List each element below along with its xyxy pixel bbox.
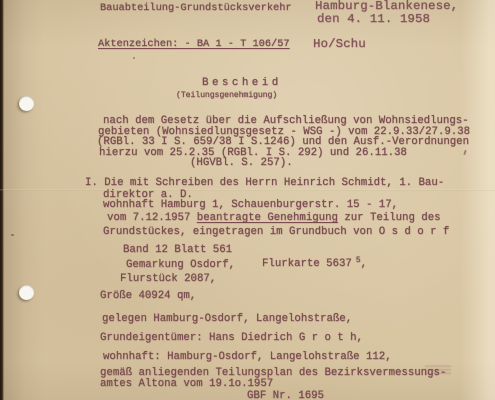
property-flurkarte: Flurkarte 56375, <box>262 259 367 271</box>
property-flurstueck: Flurstück 2087, <box>120 274 216 286</box>
faint-stamp-mark <box>425 364 451 374</box>
gbf-number: GBF Nr. 1695 <box>247 391 324 400</box>
flurkarte-superscript: 5 <box>356 256 361 265</box>
teilungsplan-line: amtes Altona vom 19.1o.1957 <box>100 379 273 391</box>
request-date-text: vom 7.12.1957 <box>107 212 197 224</box>
scanned-document-page: Bauabteilung-Grundstücksverkehr Hamburg-… <box>0 0 495 400</box>
property-owner-address: wohnhaft: Hamburg-Osdorf, Langelohstraße… <box>103 352 392 364</box>
property-gemarkung: Gemarkung Osdorf, <box>126 260 235 272</box>
letterhead-date: den 4. 11. 1958 <box>317 13 430 26</box>
letterhead-department: Bauabteilung-Grundstücksverkehr <box>100 3 292 14</box>
item-one-request: vom 7.12.1957 beantragte Genehmigung zur… <box>107 213 441 225</box>
request-tail-text: zur Teilung des <box>338 212 441 224</box>
item-one-grundbuch: Grundstückes, eingetragen im Grundbuch v… <box>103 227 449 239</box>
property-band-blatt: Band 12 Blatt 561 <box>123 245 232 257</box>
flurkarte-text: Flurkarte 5637 <box>262 258 352 270</box>
item-one-applicant: I. Die mit Schreiben des Herrn Heinrich … <box>85 178 444 190</box>
punch-hole-bottom <box>19 285 34 300</box>
legal-basis-line: (HGVBl. S. 257). <box>190 158 293 170</box>
scan-left-edge <box>0 0 4 400</box>
ink-speck <box>463 150 466 155</box>
flurkarte-comma: , <box>361 258 367 270</box>
clerk-initials: Ho/Schu <box>313 38 366 51</box>
document-subtitle: (Teilungsgenehmigung) <box>176 92 277 101</box>
file-number: Aktenzeichen: - BA 1 - T 106/57 <box>98 39 290 50</box>
request-underlined-text: beantragte Genehmigung <box>197 212 338 224</box>
item-one-applicant-address: wohnhaft Hamburg 1, Schauenburgerstr. 15… <box>103 200 398 212</box>
property-location: gelegen Hamburg-Osdorf, Langelohstraße, <box>102 314 352 326</box>
property-owner: Grundeigentümer: Hans Diedrich G r o t h… <box>100 333 363 345</box>
punch-hole-top <box>19 96 34 111</box>
document-title: B e s c h e i d <box>202 78 277 90</box>
ink-speck <box>133 57 135 59</box>
ink-speck <box>11 234 14 236</box>
property-groesse: Größe 40924 qm, <box>100 291 196 303</box>
